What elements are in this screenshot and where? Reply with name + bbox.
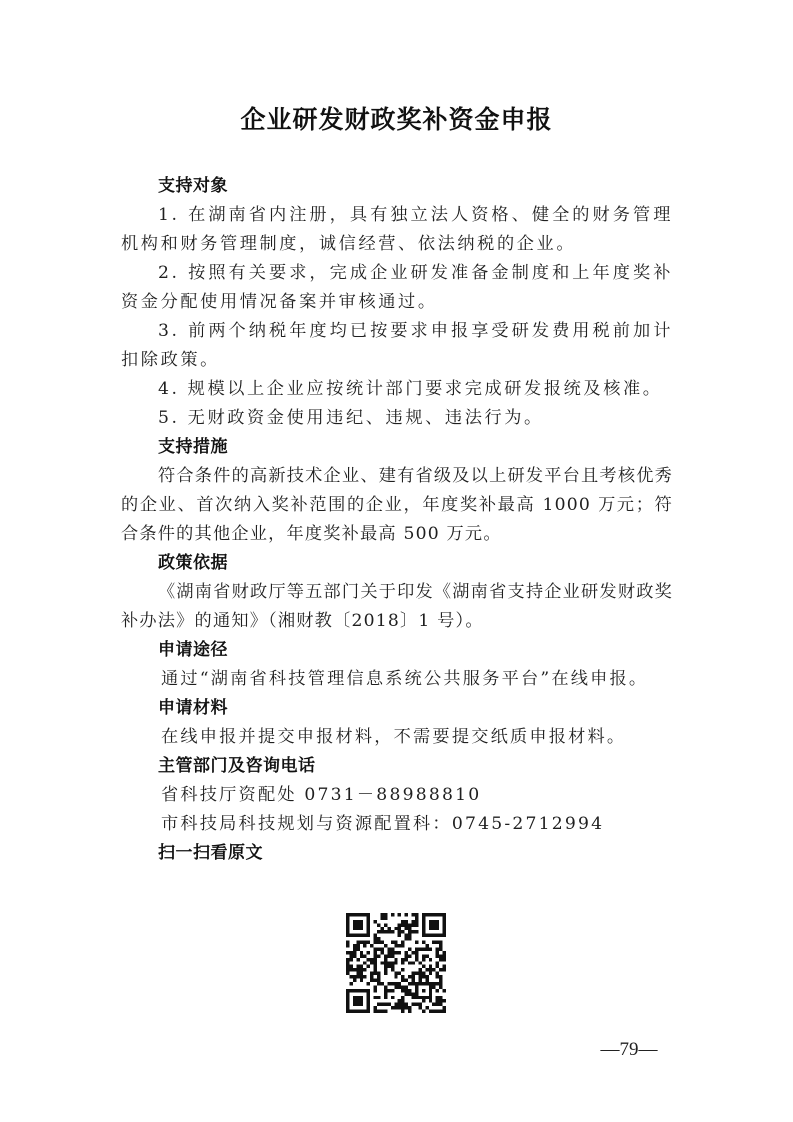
qr-code-icon[interactable]: [346, 913, 446, 1013]
text-line: 通过“湖南省科技管理信息系统公共服务平台”在线申报。: [121, 665, 673, 694]
paragraph: 4. 规模以上企业应按统计部门要求完成研发报统及核准。: [121, 375, 673, 404]
page-number: —79—: [598, 1037, 660, 1063]
paragraph: 符合条件的高新技术企业、建有省级及以上研发平台且考核优秀的企业、首次纳入奖补范围…: [121, 462, 673, 549]
section-support-targets: 支持对象 1. 在湖南省内注册，具有独立法人资格、健全的财务管理机构和财务管理制…: [121, 172, 673, 433]
document-page: 企业研发财政奖补资金申报 支持对象 1. 在湖南省内注册，具有独立法人资格、健全…: [0, 0, 793, 1122]
section-application-materials: 申请材料 在线申报并提交申报材料，不需要提交纸质申报材料。: [121, 694, 673, 752]
section-support-measures: 支持措施 符合条件的高新技术企业、建有省级及以上研发平台且考核优秀的企业、首次纳…: [121, 433, 673, 549]
section-policy-basis: 政策依据 《湖南省财政厅等五部门关于印发《湖南省支持企业研发财政奖补办法》的通知…: [121, 549, 673, 636]
paragraph: 《湖南省财政厅等五部门关于印发《湖南省支持企业研发财政奖补办法》的通知》（湘财教…: [121, 578, 673, 636]
qr-code-graphic: [346, 913, 446, 1013]
page-title: 企业研发财政奖补资金申报: [0, 103, 793, 137]
section-heading: 主管部门及咨询电话: [121, 752, 673, 781]
paragraph: 5. 无财政资金使用违纪、违规、违法行为。: [121, 404, 673, 433]
document-body: 支持对象 1. 在湖南省内注册，具有独立法人资格、健全的财务管理机构和财务管理制…: [121, 172, 673, 868]
section-heading: 申请材料: [121, 694, 673, 723]
section-application-channel: 申请途径 通过“湖南省科技管理信息系统公共服务平台”在线申报。: [121, 636, 673, 694]
text-line: 在线申报并提交申报材料，不需要提交纸质申报材料。: [121, 723, 673, 752]
paragraph: 1. 在湖南省内注册，具有独立法人资格、健全的财务管理机构和财务管理制度，诚信经…: [121, 201, 673, 259]
section-heading: 政策依据: [121, 549, 673, 578]
section-scan-original: 扫一扫看原文: [121, 839, 673, 868]
paragraph: 2. 按照有关要求，完成企业研发准备金制度和上年度奖补资金分配使用情况备案并审核…: [121, 259, 673, 317]
contact-line: 市科技局科技规划与资源配置科：0745-2712994: [121, 810, 673, 839]
section-contact: 主管部门及咨询电话 省科技厅资配处 0731－88988810 市科技局科技规划…: [121, 752, 673, 839]
section-heading: 支持对象: [121, 172, 673, 201]
section-heading: 申请途径: [121, 636, 673, 665]
section-heading: 支持措施: [121, 433, 673, 462]
contact-line: 省科技厅资配处 0731－88988810: [121, 781, 673, 810]
section-heading: 扫一扫看原文: [121, 839, 673, 868]
paragraph: 3. 前两个纳税年度均已按要求申报享受研发费用税前加计扣除政策。: [121, 317, 673, 375]
